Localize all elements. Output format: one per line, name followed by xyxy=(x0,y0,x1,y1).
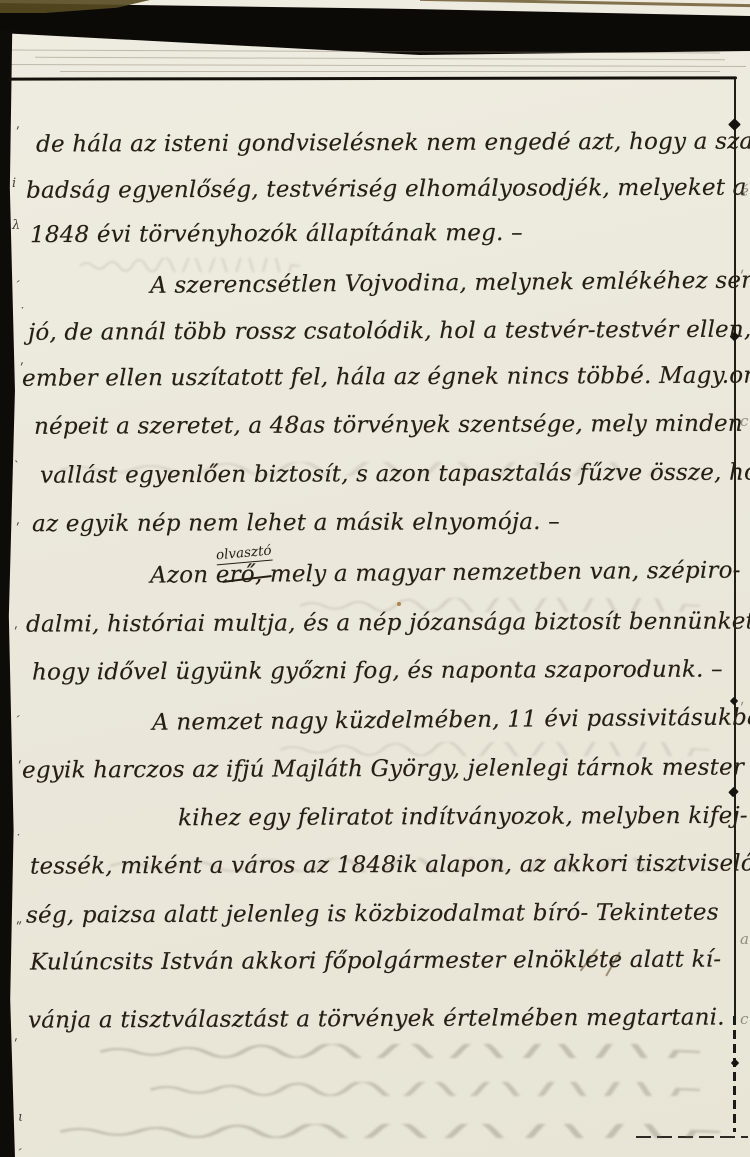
margin-mark: λ xyxy=(12,218,20,233)
page-fragment-mark: é xyxy=(740,182,749,200)
page-fragment-mark: c xyxy=(740,1010,748,1028)
text-line: kihez egy feliratot indítványozok, melyb… xyxy=(178,803,748,831)
text-line: vallást egyenlően biztosít, s azon tapas… xyxy=(40,459,750,488)
frame-right-line xyxy=(734,78,736,1018)
text-line: vánja a tisztválasztást a törvények érte… xyxy=(28,1004,725,1033)
bleedthrough-line xyxy=(80,258,300,272)
text-line: népeit a szeretet, a 48as törvények szen… xyxy=(34,410,750,440)
margin-mark: ʹ xyxy=(14,626,18,641)
text-line: ség, paizsa alatt jelenleg is közbizodal… xyxy=(26,899,719,928)
margin-mark: ʹ xyxy=(14,1038,18,1053)
page-fragment-mark: ʹ xyxy=(740,700,744,718)
page-edge-streak xyxy=(35,57,725,60)
margin-mark: ˎ xyxy=(14,448,18,464)
page-fragment-mark: ʹ xyxy=(740,268,744,286)
margin-mark: ʹ xyxy=(18,760,22,775)
margin-mark: i xyxy=(12,176,16,191)
text-line: 1848 évi törvényhozók állapítának meg. – xyxy=(30,220,523,248)
bleedthrough-line xyxy=(60,1124,720,1138)
manuscript-page: de hála az isteni gondviselésnek nem eng… xyxy=(0,0,750,1157)
text-line: badság egyenlőség, testvériség elhomályo… xyxy=(26,174,750,203)
margin-mark: ˏ xyxy=(18,1136,22,1152)
page-fragment-mark: c xyxy=(740,412,748,430)
frame-top-line xyxy=(8,76,737,80)
bleedthrough-line xyxy=(150,1082,700,1096)
text-line: Kulúncsits István akkori főpolgármester … xyxy=(30,946,721,975)
page-fragment-mark: a xyxy=(740,930,749,948)
margin-mark: ʹ xyxy=(16,126,20,141)
margin-mark: ʹ xyxy=(20,362,24,377)
text-line: hogy idővel ügyünk győzni fog, és napont… xyxy=(32,656,723,685)
text-line: A szerencsétlen Vojvodina, melynek emlék… xyxy=(150,267,750,299)
margin-mark: ι xyxy=(18,1110,23,1125)
text-line: dalmi, históriai multja, és a nép józans… xyxy=(26,608,750,637)
margin-mark: ˙ xyxy=(18,306,25,321)
binding-edge-bar xyxy=(0,30,17,1157)
text-line: egyik harczos az ifjú Majláth György, je… xyxy=(22,754,744,783)
text-line: de hála az isteni gondviselésnek nem eng… xyxy=(36,128,750,157)
ink-blob xyxy=(728,787,739,798)
text-line: az egyik nép nem lehet a másik elnyomója… xyxy=(32,509,560,537)
text-line: tessék, miként a város az 1848ik alapon,… xyxy=(30,850,750,879)
page-edge-streak xyxy=(60,71,720,72)
margin-mark: ˙ xyxy=(14,833,21,848)
text-line: ember ellen uszítatott fel, hála az égne… xyxy=(22,362,750,391)
margin-mark: ˏ xyxy=(16,268,20,284)
margin-mark: ʹ xyxy=(16,522,20,537)
margin-mark: ʺ xyxy=(16,921,22,936)
margin-mark: ˏ xyxy=(16,703,20,719)
frame-right-line-rough xyxy=(733,1016,736,1132)
page-edge-streak xyxy=(4,64,746,67)
text-line: jó, de annál több rossz csatolódik, hol … xyxy=(28,316,750,346)
text-line: A nemzet nagy küzdelmében, 11 évi passiv… xyxy=(152,704,750,735)
book-cover-edge xyxy=(420,0,750,7)
bleedthrough-line xyxy=(100,1044,700,1058)
